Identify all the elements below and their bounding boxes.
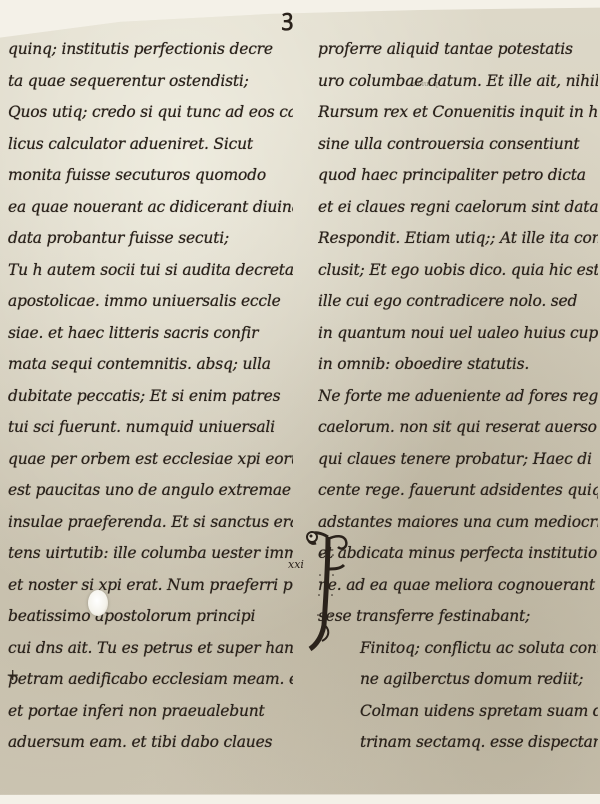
text-line: trinam sectamq. esse dispectam ad xyxy=(318,727,598,759)
text-line: et portae inferi non praeualebunt xyxy=(8,696,293,728)
text-line: mata sequi contemnitis. absq; ulla xyxy=(8,349,293,381)
text-line: apostolicae. immo uniuersalis eccle xyxy=(8,286,293,318)
text-line: ta quae sequerentur ostendisti; xyxy=(8,66,293,98)
marginal-cross-mark: + xyxy=(6,665,19,684)
text-line: sese transferre festinabant; xyxy=(318,601,598,633)
text-line: ea quae nouerant ac didicerant diuina xyxy=(8,192,293,224)
text-line: caelorum. non sit qui reserat auerso ill… xyxy=(318,412,598,444)
text-line: quinq; institutis perfectionis decre xyxy=(8,34,293,66)
text-line: proferre aliquid tantae potestatis xyxy=(318,34,598,66)
text-line: Colman uidens spretam suam doc xyxy=(318,696,598,728)
zoomorphic-initial-f-icon xyxy=(300,525,350,655)
text-line: insulae praeferenda. Et si sanctus erat … xyxy=(8,507,293,539)
text-line: Quos utiq; credo si qui tunc ad eos cath… xyxy=(8,97,293,129)
text-line: et abdicata minus perfecta institutio xyxy=(318,538,598,570)
folio-mark: ꝫ xyxy=(282,2,293,32)
text-line: est paucitas uno de angulo extremae xyxy=(8,475,293,507)
text-line: monita fuisse secuturos quomodo xyxy=(8,160,293,192)
text-line: in quantum noui uel ualeo huius cupio xyxy=(318,318,598,350)
text-line: in omnib: oboedire statutis. xyxy=(318,349,598,381)
text-line: ille cui ego contradicere nolo. sed xyxy=(318,286,598,318)
text-line: Ne forte me adueniente ad fores regni xyxy=(318,381,598,413)
left-text-column: quinq; institutis perfectionis decre ta … xyxy=(8,34,293,759)
text-line: licus calculator adueniret. Sicut xyxy=(8,129,293,161)
text-line: beatissimo apostolorum principi xyxy=(8,601,293,633)
text-line: Respondit. Etiam utiq;; At ille ita con xyxy=(318,223,598,255)
text-line: ne. ad ea quae meliora cognouerant xyxy=(318,570,598,602)
text-line: Rursum rex et Conuenitis inquit in hoc xyxy=(318,97,598,129)
text-line: cui dns ait. Tu es petrus et super hanc xyxy=(8,633,293,665)
text-line: tui sci fuerunt. numquid uniuersali xyxy=(8,412,293,444)
text-line: petram aedificabo ecclesiam meam. et xyxy=(8,664,293,696)
text-line: Tu h autem socii tui si audita decreta s… xyxy=(8,255,293,287)
text-line: tens uirtutib: ille columba uester immo xyxy=(8,538,293,570)
manuscript-photograph: ꝫ siciut q quinq; institutis perfectioni… xyxy=(0,0,600,804)
text-line: quod haec principaliter petro dicta xyxy=(318,160,598,192)
text-line: sine ulla controuersia consentiunt xyxy=(318,129,598,161)
text-line: ne agilberctus domum rediit; xyxy=(318,664,598,696)
text-line: uro columbae datum. Et ille ait, nihil xyxy=(318,66,598,98)
text-line: adstantes maiores una cum mediocrib. xyxy=(318,507,598,539)
text-line: aduersum eam. et tibi dabo claues xyxy=(8,727,293,759)
text-line: et ei claues regni caelorum sint datae a… xyxy=(318,192,598,224)
text-line: qui claues tenere probatur; Haec di xyxy=(318,444,598,476)
text-line: clusit; Et ego uobis dico. quia hic est … xyxy=(318,255,598,287)
text-line: quae per orbem est ecclesiae xpi eorum xyxy=(8,444,293,476)
text-line: cente rege. fauerunt adsidentes quiq; si… xyxy=(318,475,598,507)
marginal-numeral: xxi xyxy=(288,558,304,571)
parchment-hole xyxy=(88,590,108,616)
text-line: data probantur fuisse secuti; xyxy=(8,223,293,255)
text-line: dubitate peccatis; Et si enim patres xyxy=(8,381,293,413)
text-line: et noster si xpi erat. Num praeferri pot… xyxy=(8,570,293,602)
text-line: Finitoq; conflictu ac soluta contio xyxy=(318,633,598,665)
right-text-column: proferre aliquid tantae potestatis uro c… xyxy=(318,34,598,759)
text-line: siae. et haec litteris sacris confir xyxy=(8,318,293,350)
